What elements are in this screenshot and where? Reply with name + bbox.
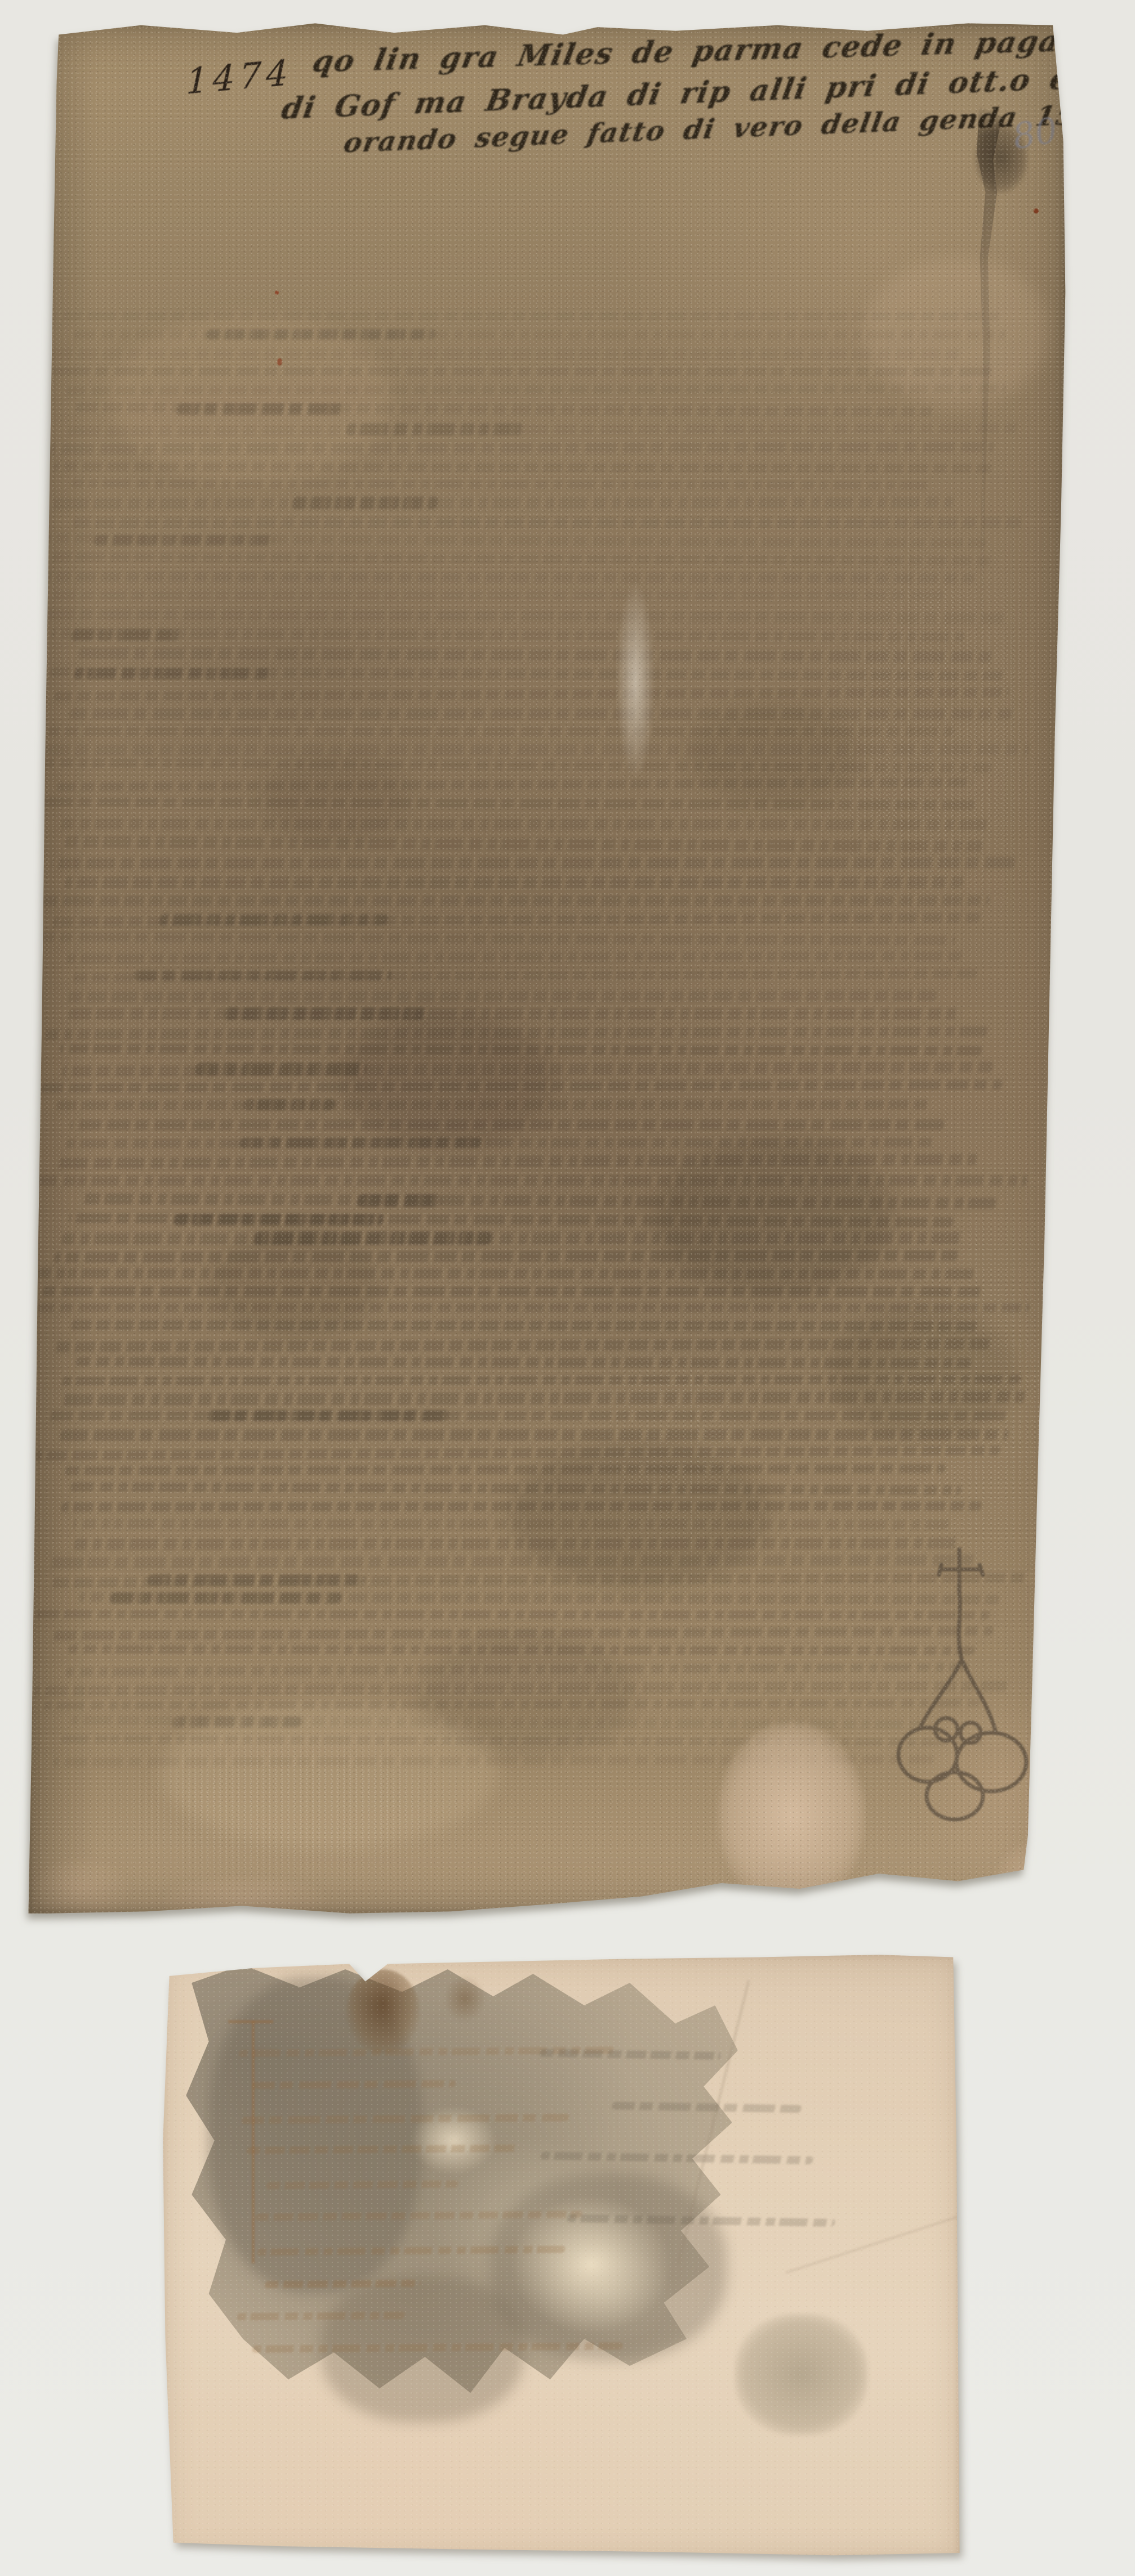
- scanner-background: 1474 qo lin gra Miles de parma cede in p…: [0, 0, 1135, 2576]
- parchment-surface: 1474 qo lin gra Miles de parma cede in p…: [25, 21, 1067, 1915]
- paper-fragment: [161, 1954, 960, 2561]
- parchment-leaf: 1474 qo lin gra Miles de parma cede in p…: [25, 21, 1067, 1915]
- fragment-surface: [161, 1954, 960, 2561]
- parchment-grain-texture: [25, 21, 1067, 1915]
- repair-patch: [696, 1880, 938, 1915]
- paper-fiber-texture: [161, 1954, 960, 2561]
